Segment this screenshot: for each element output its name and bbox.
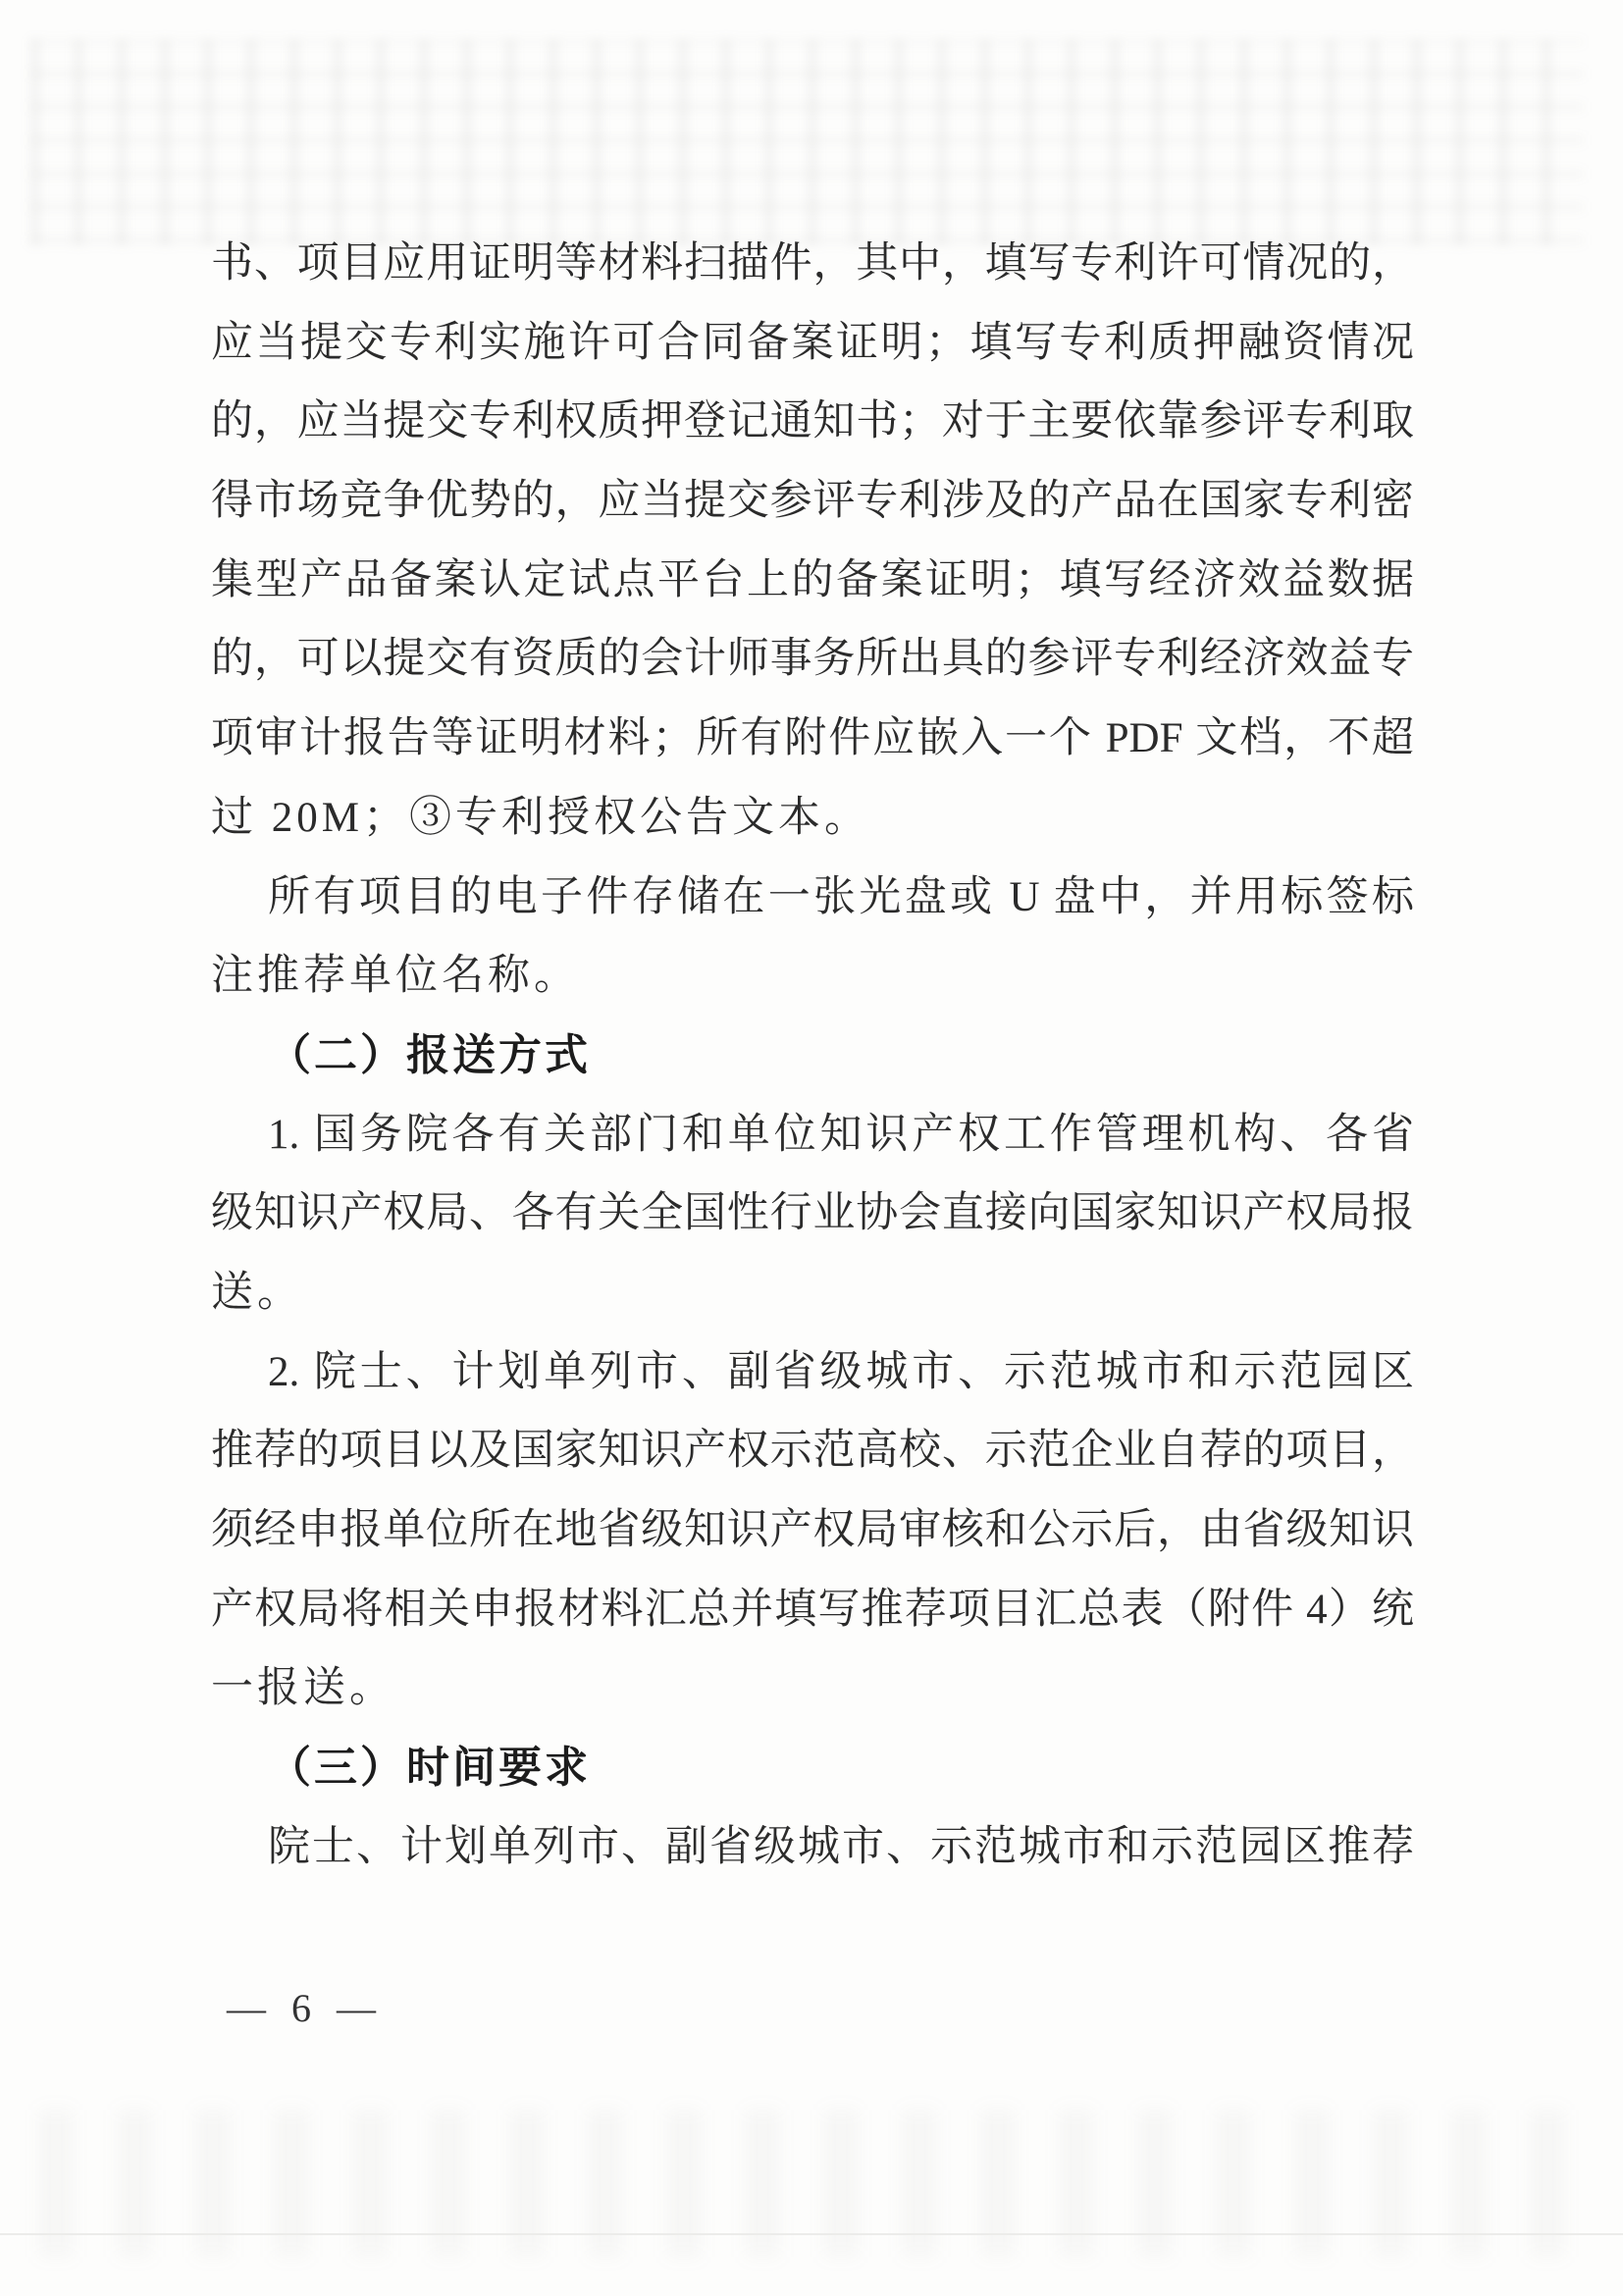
text-line: 的，可以提交有资质的会计师事务所出具的参评专利经济效益专 [211, 620, 1414, 700]
section-heading-baosong-fangshi: （二）报送方式 [211, 1017, 1414, 1096]
text-line: 项审计报告等证明材料；所有附件应嵌入一个 PDF 文档，不超 [211, 700, 1414, 779]
text-line: 应当提交专利实施许可合同备案证明；填写专利质押融资情况 [211, 304, 1414, 384]
document-body: 书、项目应用证明等材料扫描件，其中，填写专利许可情况的， 应当提交专利实施许可合… [211, 225, 1414, 1887]
text-line: 书、项目应用证明等材料扫描件，其中，填写专利许可情况的， [211, 225, 1414, 304]
document-page: 书、项目应用证明等材料扫描件，其中，填写专利许可情况的， 应当提交专利实施许可合… [0, 0, 1623, 2296]
text-line: 2. 院士、计划单列市、副省级城市、示范城市和示范园区 [211, 1333, 1414, 1413]
scan-streak-line [0, 2233, 1623, 2235]
text-line: 级知识产权局、各有关全国性行业协会直接向国家知识产权局报 [211, 1174, 1414, 1254]
text-line: 送。 [211, 1254, 1414, 1333]
text-line: 产权局将相关申报材料汇总并填写推荐项目汇总表（附件 4）统 [211, 1571, 1414, 1650]
text-line: 的，应当提交专利权质押登记通知书；对于主要依靠参评专利取 [211, 383, 1414, 462]
bleedthrough-artifact-top [29, 39, 1584, 245]
text-line: 1. 国务院各有关部门和单位知识产权工作管理机构、各省 [211, 1096, 1414, 1175]
text-line: 院士、计划单列市、副省级城市、示范城市和示范园区推荐 [211, 1808, 1414, 1888]
text-line: 集型产品备案认定试点平台上的备案证明；填写经济效益数据 [211, 542, 1414, 621]
section-heading-shijian-yaoqiu: （三）时间要求 [211, 1729, 1414, 1808]
text-line: 过 20M；③专利授权公告文本。 [211, 779, 1414, 859]
text-line: 推荐的项目以及国家知识产权示范高校、示范企业自荐的项目， [211, 1412, 1414, 1491]
text-line: 须经申报单位所在地省级知识产权局审核和公示后，由省级知识 [211, 1491, 1414, 1571]
text-line: 注推荐单位名称。 [211, 937, 1414, 1017]
text-line: 得市场竞争优势的，应当提交参评专利涉及的产品在国家专利密 [211, 462, 1414, 542]
text-line: 一报送。 [211, 1649, 1414, 1729]
page-number: — 6 — [227, 1984, 384, 2033]
text-line: 所有项目的电子件存储在一张光盘或 U 盘中，并用标签标 [211, 859, 1414, 938]
